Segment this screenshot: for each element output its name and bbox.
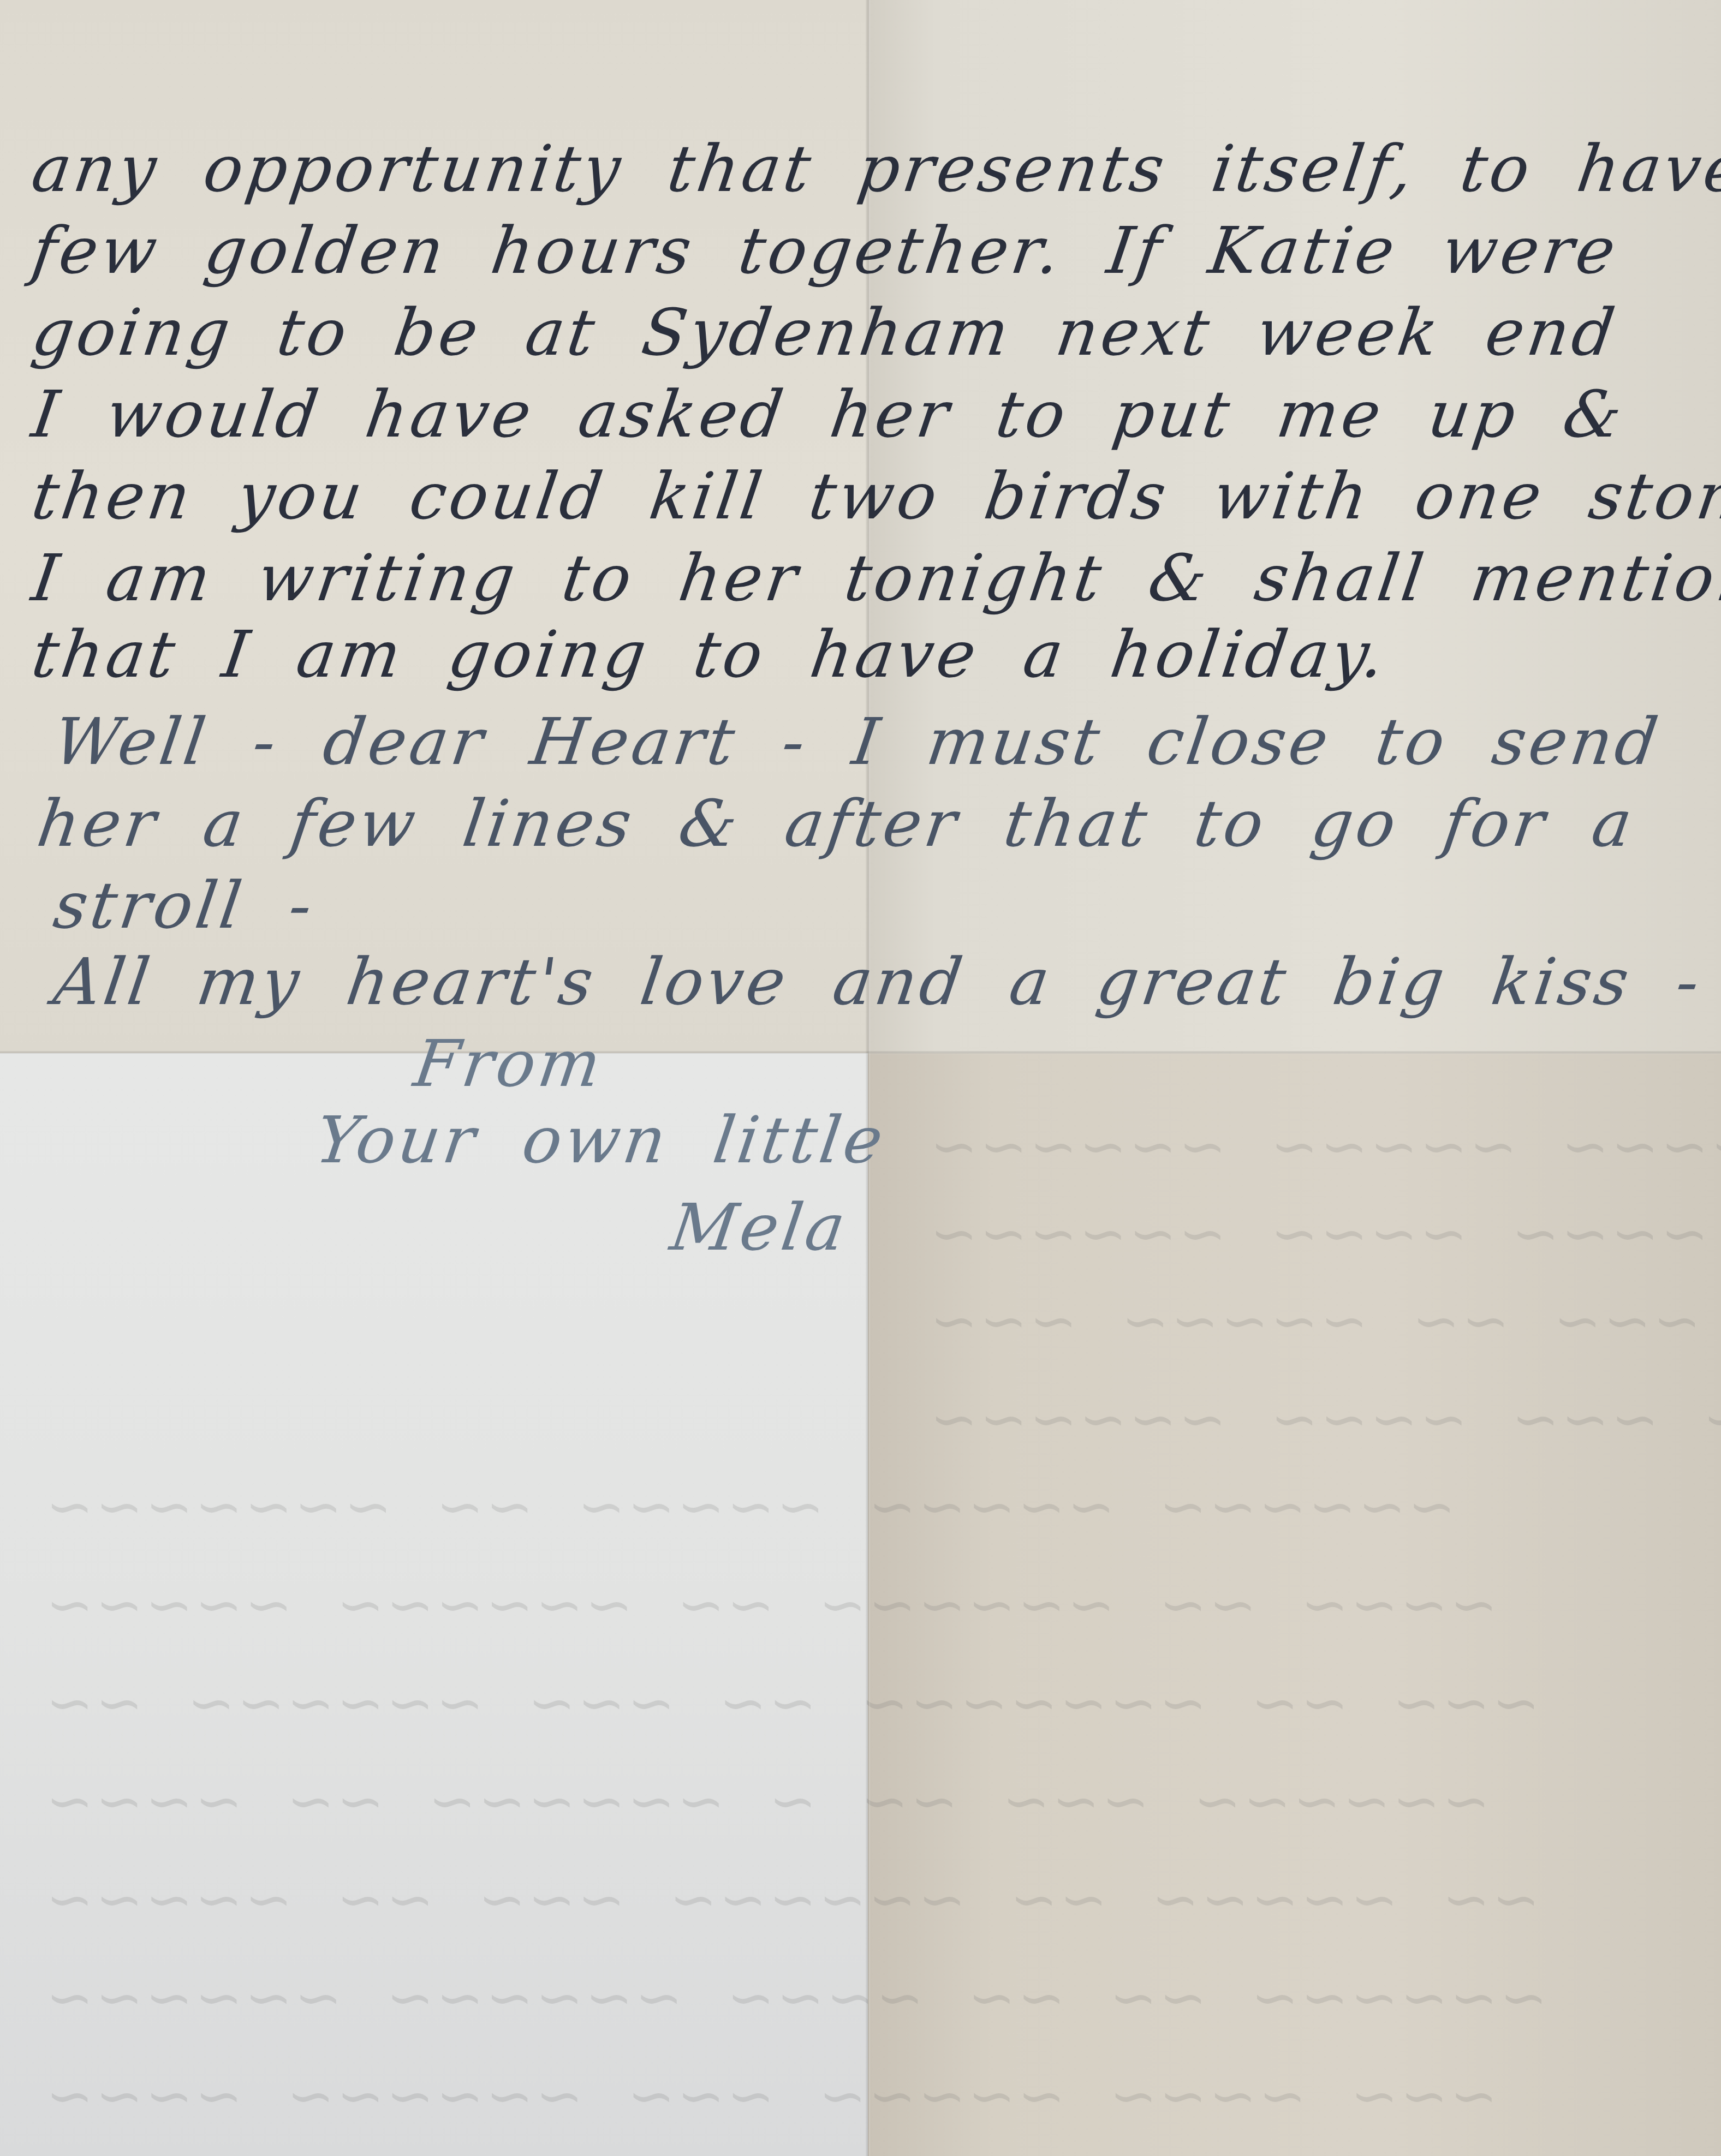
bleed-through-text: ~~~~ ~~ ~~~~~~ ~~ ~~~~~~ ~~~~~: [44, 1572, 1498, 1638]
bleed-through-text: ~~~ ~~ ~~~~~~~ ~~ ~~~ ~~~~~~ ~~: [44, 1670, 1540, 1736]
signature: Mela: [666, 1190, 853, 1265]
letter-line-10: stroll -: [49, 868, 320, 943]
bleed-through-text: ~~~ ~~~~ ~~~~~ ~~~ ~~~~~~ ~~~~: [44, 2063, 1498, 2129]
letter-line-8: Well - dear Heart - I must close to send: [49, 704, 1665, 779]
letter-line-11: All my heart's love and a great big kiss…: [49, 944, 1707, 1019]
closing-from: From: [409, 1026, 609, 1101]
bleed-through-text: ~~~~~~ ~~ ~~ ~~~~ ~~~~~~ ~~~~~~: [44, 1964, 1547, 2031]
bleed-through-text: ~~~~ ~~~~~ ~~~~~~: [928, 1113, 1721, 1180]
letter-line-5: then you could kill two birds with one s…: [27, 458, 1721, 534]
bleed-through-text: ~~ ~~~~ ~~~~ ~~~~~~: [928, 1201, 1721, 1267]
letter-line-6: I am writing to her tonight & shall ment…: [27, 540, 1721, 616]
letter-line-7: that I am going to have a holiday.: [27, 617, 1392, 692]
horizontal-fold-crease: [0, 1051, 1721, 1054]
letter-line-9: her a few lines & after that to go for a: [33, 786, 1640, 861]
bleed-through-text: ~~ ~~~~~ ~~ ~~~~~~ ~~~ ~~ ~~~~~: [44, 1866, 1540, 1933]
letter-line-1: any opportunity that presents itself, to…: [27, 131, 1721, 206]
letter-page: ~~~~ ~~~~~ ~~~~~~ ~~ ~~~~ ~~~~ ~~~~~~ ~~…: [0, 0, 1721, 2156]
bleed-through-text: ~~~~~~ ~~~~~ ~~~~~ ~~ ~~~~~~~: [44, 1473, 1456, 1540]
bleed-through-text: ~~ ~~~ ~~~~ ~~~~~~: [928, 1386, 1721, 1453]
letter-line-3: going to be at Sydenham next week end: [27, 295, 1622, 370]
letter-line-4: I would have asked her to put me up &: [27, 377, 1629, 452]
bleed-through-text: ~~~ ~~ ~~~~~ ~~~: [928, 1288, 1701, 1354]
closing-valediction: Your own little: [311, 1102, 890, 1178]
letter-line-2: few golden hours together. If Katie were: [27, 213, 1623, 288]
bleed-through-text: ~~~~~~ ~~~ ~~ ~ ~~~~~~ ~~ ~~~~: [44, 1768, 1490, 1835]
